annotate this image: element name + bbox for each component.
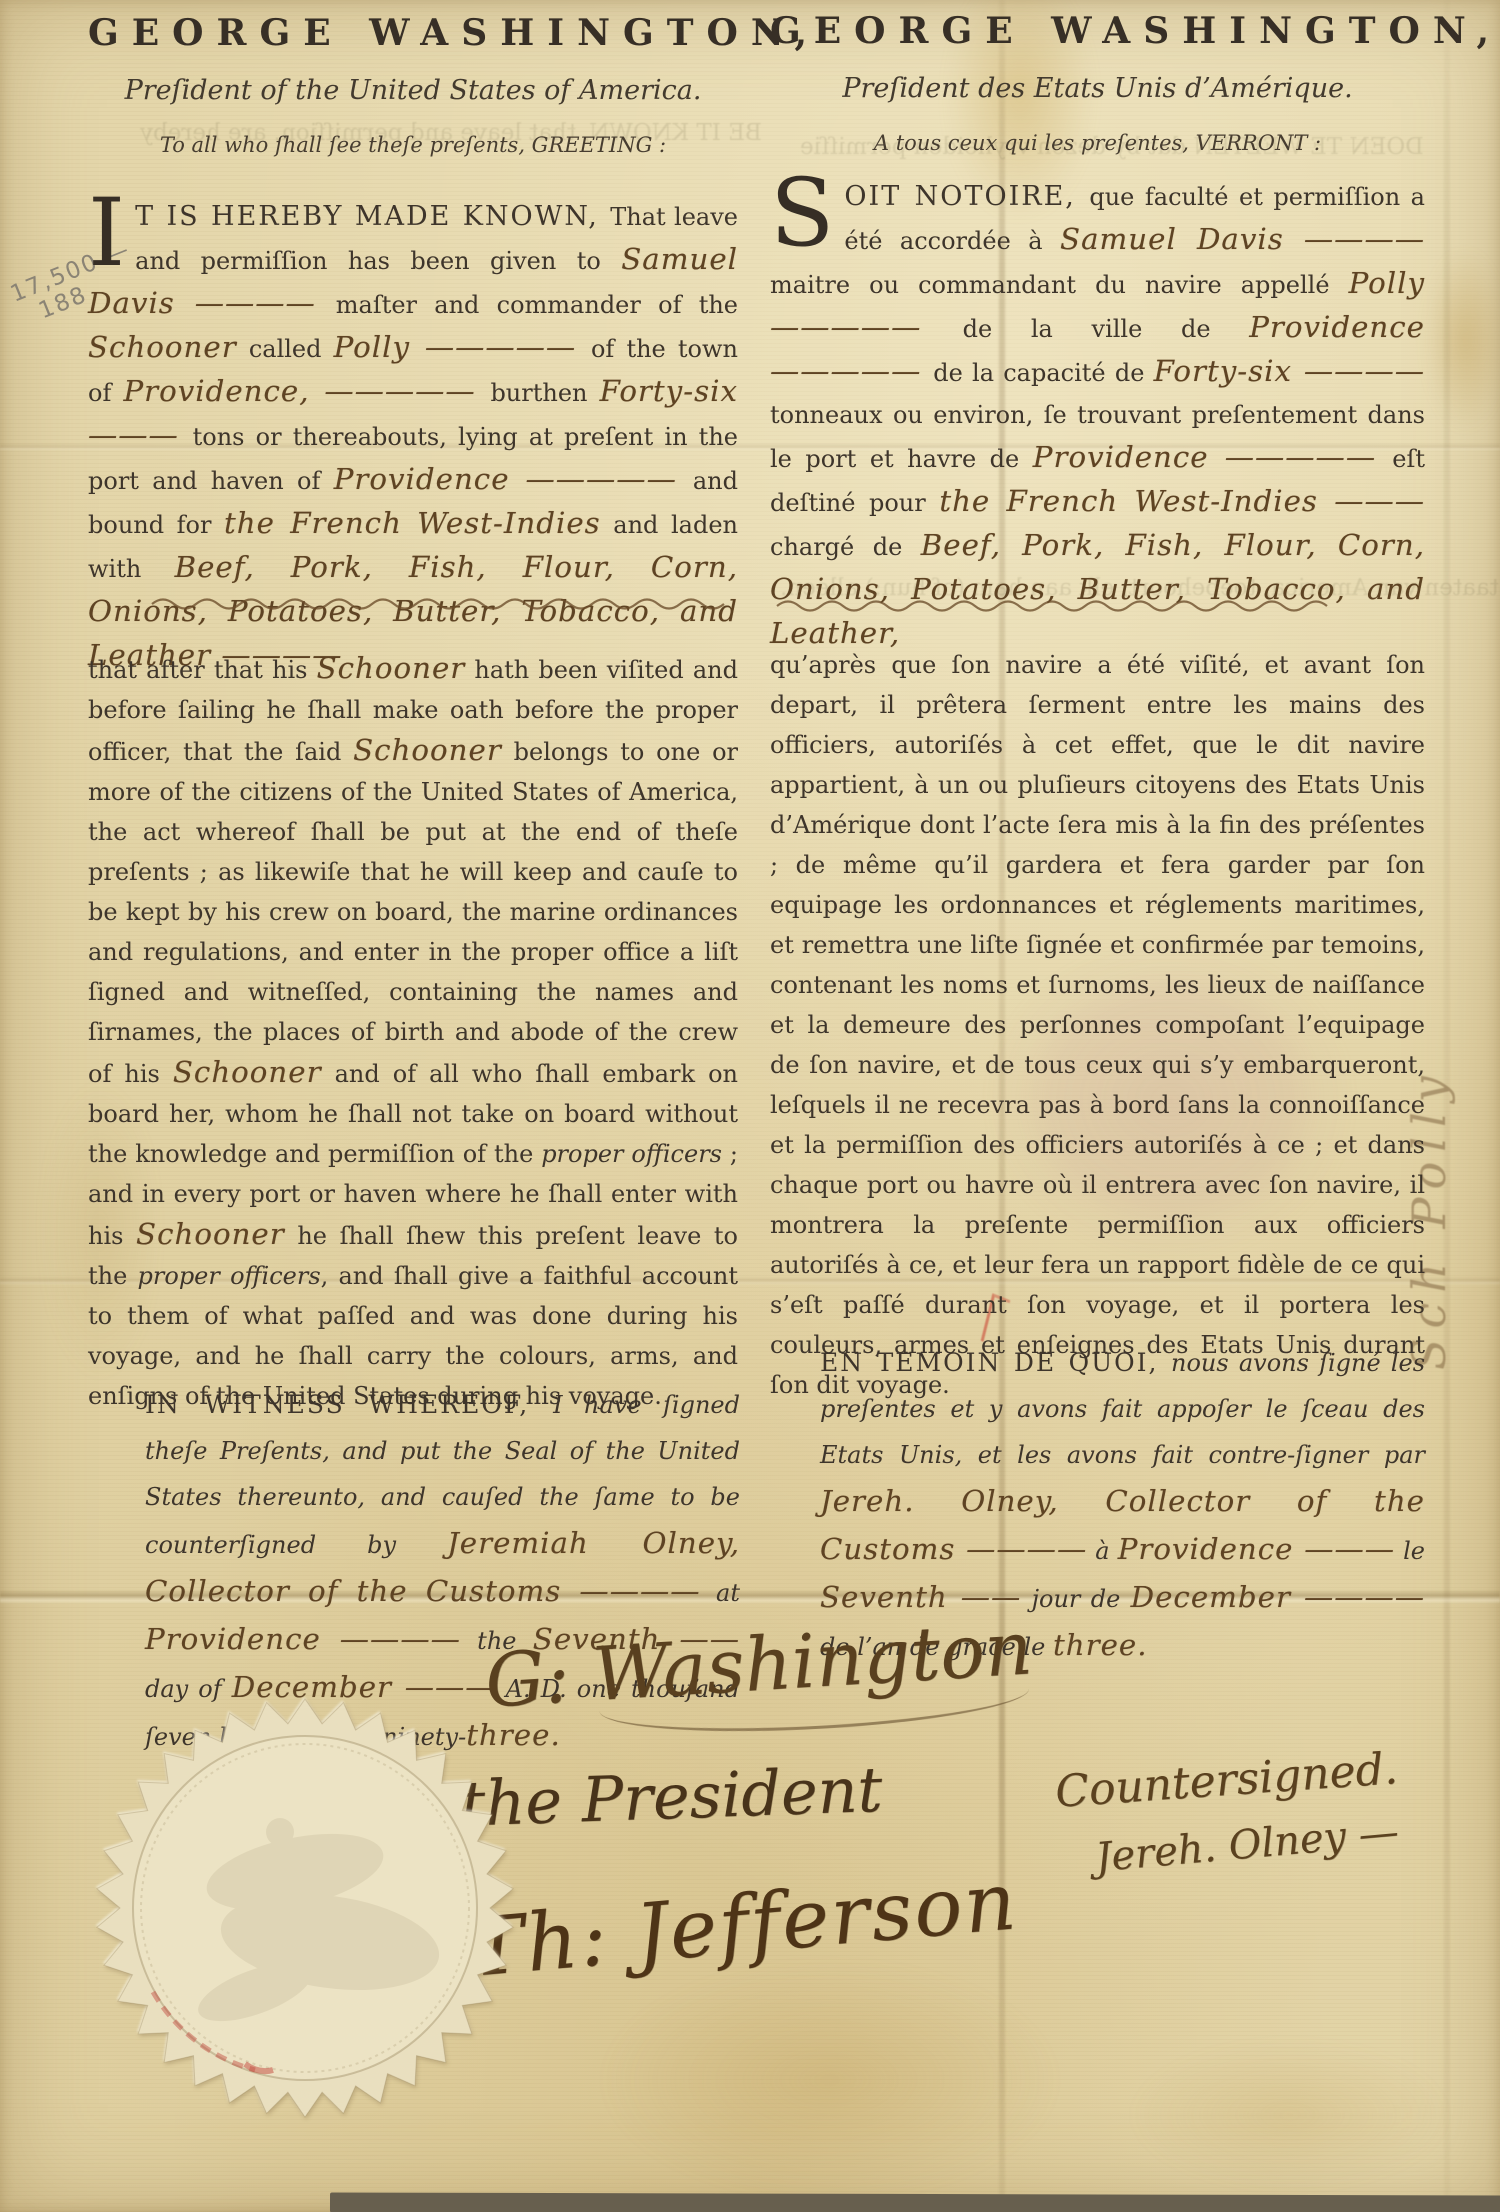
text-segment: Providence ————— [1033,440,1393,474]
text-segment: Schooner [353,733,502,767]
text-segment: at [701,1579,741,1607]
text-segment: Schooner [88,330,237,364]
stain-bottom-center [600,1960,1060,2200]
text-segment: Providence, ————— [123,374,490,408]
text-segment: Forty-six ———— [1154,354,1425,388]
text-segment: S [770,176,844,250]
text-segment: proper officers [541,1140,722,1168]
text-segment: Schooner [136,1217,285,1251]
text-segment: à [1087,1537,1117,1565]
page-title-english: GEORGE WASHINGTON, [88,12,738,54]
text-segment: Schooner [317,651,466,685]
text-segment: belongs to one or more of the citizens o… [88,738,738,1088]
text-segment: I [88,196,135,270]
right-column-header: GEORGE WASHINGTON, Preſident des Etats U… [770,10,1425,155]
text-segment: December ———— [1131,1580,1425,1614]
document-page: BE IT KNOWN, that leave and permiſſion, … [0,0,1500,2212]
countersigned-label: Countersigned. [1054,1743,1400,1818]
text-segment: Samuel Davis ———— [1060,222,1425,256]
text-segment: Providence ————— [334,462,693,496]
english-paragraph-oath: that after that his Schooner hath been v… [88,648,738,1416]
text-segment: maſter and commander of the [336,291,738,319]
text-segment: that after that his [88,656,317,684]
text-segment: IN WITNESS WHEREOF, [145,1390,553,1419]
text-segment: OIT NOTOIRE, [844,181,1089,212]
page-title-french: GEORGE WASHINGTON, [770,10,1425,52]
text-segment: chargé de [770,533,921,561]
text-segment: le [1395,1537,1425,1565]
left-column-header: GEORGE WASHINGTON, Preſident of the Unit… [88,12,738,157]
text-segment: burthen [490,379,599,407]
scan-edge-bottom [330,2192,1500,2212]
text-segment: EN TEMOIN DE QUOI, [820,1348,1171,1377]
text-segment: Schooner [173,1055,322,1089]
stain-bottom-right [1130,2040,1450,2190]
text-segment: called [237,335,334,363]
olney-signature: Jereh. Olney — [1094,1809,1401,1881]
text-segment: qu’après que ſon navire a été viſité, et… [770,651,1425,1399]
text-segment: maitre ou commandant du navire appellé [770,271,1349,299]
embossed-seal [95,1692,515,2128]
text-segment: Providence ——— [1118,1532,1395,1566]
text-segment: the French West-Indies [224,506,601,540]
wavy-divider-left [150,594,740,612]
french-paragraph-vessel: SOIT NOTOIRE, que faculté et permiſſion … [770,176,1425,656]
text-segment: Polly ————— [334,330,591,364]
text-segment: proper officers [138,1262,321,1290]
stain-right-edge [1425,250,1500,430]
subtitle-french: Preſident des Etats Unis d’Amérique. [770,73,1425,104]
text-segment: three. [1053,1628,1148,1662]
wavy-divider-right [775,596,1350,614]
subtitle-english: Preſident of the United States of Americ… [88,75,738,106]
text-segment: de la capacité de [933,359,1153,387]
text-segment: the French West-Indies ——— [939,484,1425,518]
french-paragraph-oath: qu’après que ſon navire a été viſité, et… [770,645,1425,1405]
salutation-french: A tous ceux qui les preſentes, VERRONT : [770,131,1425,155]
text-segment: Providence ———— [145,1622,461,1656]
text-segment: T IS HEREBY MADE KNOWN, [135,201,610,232]
text-segment: de la ville de [963,315,1250,343]
salutation-english: To all who ſhall ſee theſe preſents, GRE… [88,133,738,157]
text-segment: jour de [1021,1585,1130,1613]
